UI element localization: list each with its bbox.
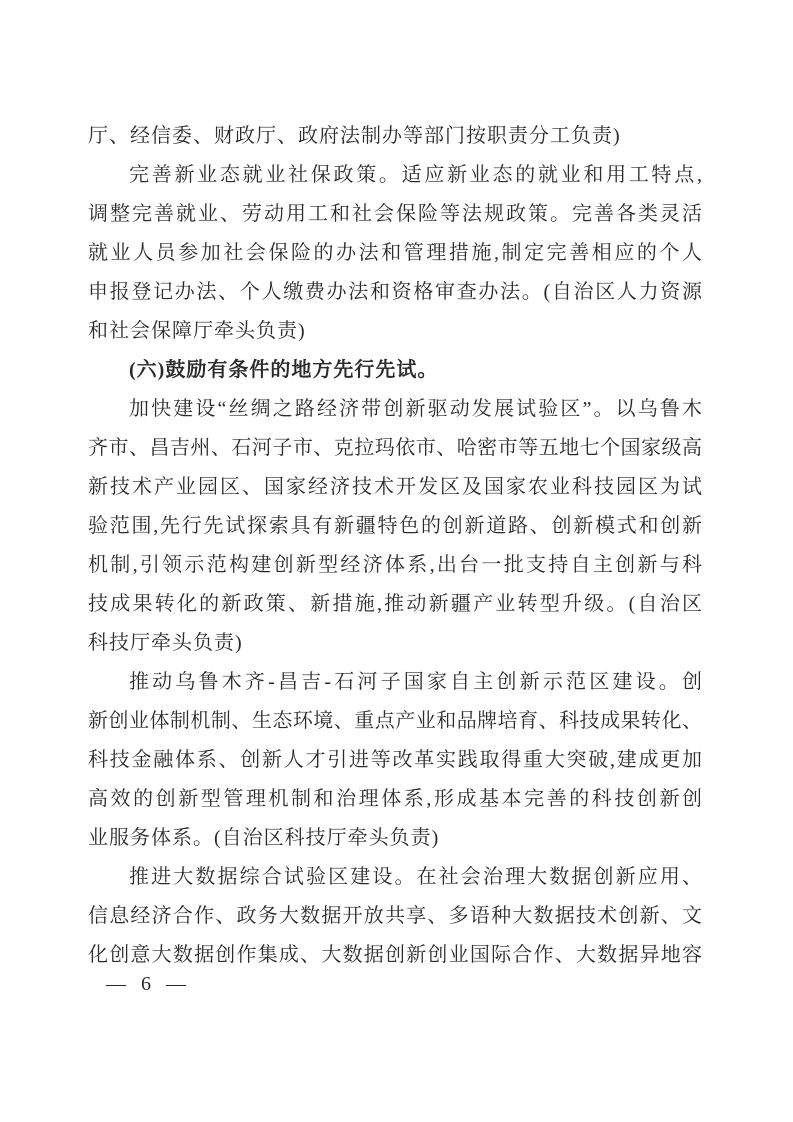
text-line: 加快建设“丝绸之路经济带创新驱动发展试验区”。以乌鲁木 xyxy=(88,390,702,429)
text-line: 验范围,先行先试探索具有新疆特色的创新道路、创新模式和创新 xyxy=(88,507,702,546)
text-line: 完善新业态就业社保政策。适应新业态的就业和用工特点, xyxy=(88,156,702,195)
text-line: 业服务体系。(自治区科技厅牵头负责) xyxy=(88,819,702,858)
text-line: 化创意大数据创作集成、大数据创新创业国际合作、大数据异地容 xyxy=(88,936,702,975)
text-line: 推进大数据综合试验区建设。在社会治理大数据创新应用、 xyxy=(88,858,702,897)
text-line: 新创业体制机制、生态环境、重点产业和品牌培育、科技成果转化、 xyxy=(88,702,702,741)
text-line: 和社会保障厅牵头负责) xyxy=(88,312,702,351)
text-line: 技成果转化的新政策、新措施,推动新疆产业转型升级。(自治区 xyxy=(88,585,702,624)
text-line: 机制,引领示范构建创新型经济体系,出台一批支持自主创新与科 xyxy=(88,546,702,585)
document-body: 厅、经信委、财政厅、政府法制办等部门按职责分工负责) 完善新业态就业社保政策。适… xyxy=(88,117,702,975)
text-line: 科技厅牵头负责) xyxy=(88,624,702,663)
text-line: 就业人员参加社会保险的办法和管理措施,制定完善相应的个人 xyxy=(88,234,702,273)
text-line: 调整完善就业、劳动用工和社会保险等法规政策。完善各类灵活 xyxy=(88,195,702,234)
text-line: 推动乌鲁木齐-昌吉-石河子国家自主创新示范区建设。创 xyxy=(88,663,702,702)
text-line: 齐市、昌吉州、石河子市、克拉玛依市、哈密市等五地七个国家级高 xyxy=(88,429,702,468)
text-line: 新技术产业园区、国家经济技术开发区及国家农业科技园区为试 xyxy=(88,468,702,507)
text-line: 高效的创新型管理机制和治理体系,形成基本完善的科技创新创 xyxy=(88,780,702,819)
text-line: 申报登记办法、个人缴费办法和资格审查办法。(自治区人力资源 xyxy=(88,273,702,312)
page-footer: — 6 — xyxy=(106,972,187,996)
page-number: — 6 — xyxy=(106,973,187,995)
text-line: 厅、经信委、财政厅、政府法制办等部门按职责分工负责) xyxy=(88,117,702,156)
text-line: 科技金融体系、创新人才引进等改革实践取得重大突破,建成更加 xyxy=(88,741,702,780)
document-page: 厅、经信委、财政厅、政府法制办等部门按职责分工负责) 完善新业态就业社保政策。适… xyxy=(0,0,793,1122)
section-heading: (六)鼓励有条件的地方先行先试。 xyxy=(88,351,702,390)
text-line: 信息经济合作、政务大数据开放共享、多语种大数据技术创新、文 xyxy=(88,897,702,936)
